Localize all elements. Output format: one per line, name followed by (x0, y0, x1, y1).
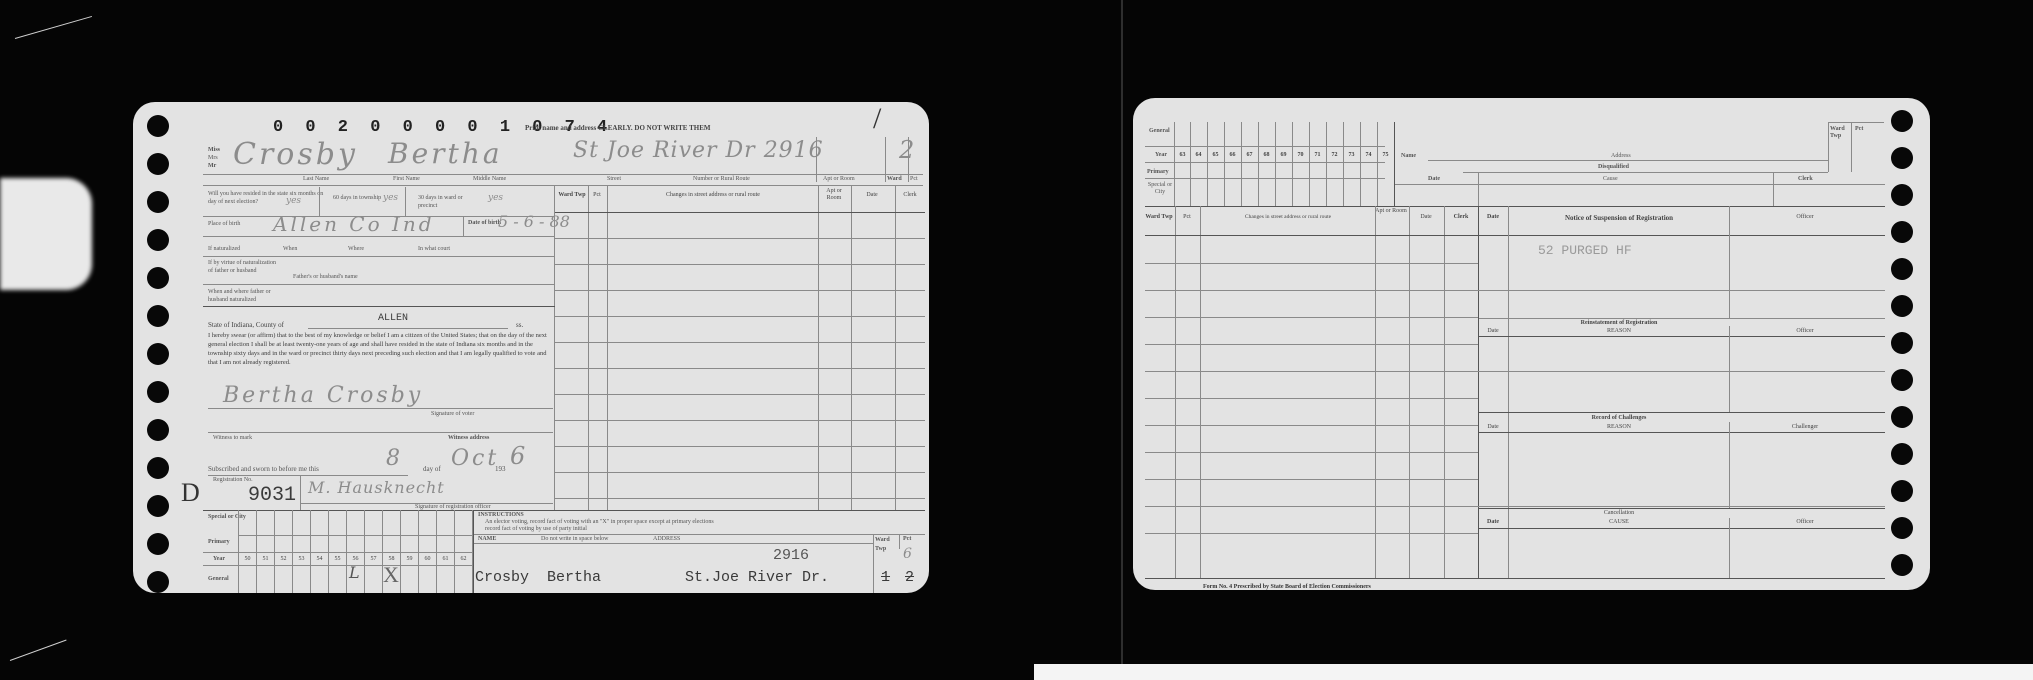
film-scratch (10, 640, 67, 661)
q-resided-state: Will you have resided in the state six m… (208, 190, 328, 206)
film-scratch (15, 16, 92, 39)
row-primary: Primary (1147, 169, 1169, 175)
disqualified-title: Disqualified (1598, 164, 1629, 170)
label-pct-bottom: Pct (903, 536, 911, 542)
ward-handwritten-bottom: 6 (903, 547, 915, 561)
frame-edge-strip (1034, 664, 2033, 680)
title-miss: Miss (208, 147, 220, 153)
year-70: 70 (1293, 152, 1308, 158)
instructions-text-1: An elector voting, record fact of voting… (485, 519, 714, 525)
year-63: 63 (1175, 152, 1190, 158)
year-62: 62 (455, 556, 472, 562)
year-61: 61 (437, 556, 454, 562)
header-challenger: Challenger (1730, 424, 1880, 430)
header-ward-twp: Ward Twp (557, 192, 587, 198)
label-number: Number or Rural Route (693, 176, 750, 182)
row-year: Year (1155, 152, 1167, 158)
label-clerk: Clerk (1798, 176, 1813, 182)
year-55: 55 (329, 556, 346, 562)
year-69: 69 (1276, 152, 1291, 158)
month-handwritten: Oct (451, 448, 499, 470)
first-name-handwritten: Bertha (388, 140, 503, 168)
year-75: 75 (1378, 152, 1393, 158)
row-general: General (1149, 128, 1170, 134)
header-officer: Officer (1730, 328, 1880, 334)
instructions-text-2: record fact of voting by use of party in… (485, 526, 587, 532)
label-place-of-birth: Place of birth (208, 220, 248, 228)
title-mr: Mr (208, 163, 216, 169)
house-number: 2916 (773, 548, 809, 563)
header-reason: REASON (1509, 424, 1729, 430)
street-handwritten: St Joe River Dr 2916 (573, 140, 824, 162)
year-54: 54 (311, 556, 328, 562)
vote-mark-58: X (383, 564, 399, 586)
header-officer: Officer (1730, 519, 1880, 525)
year-64: 64 (1191, 152, 1206, 158)
label-when-where: When and where father or husband natural… (208, 288, 278, 304)
year-handwritten: 6 (510, 444, 528, 468)
row-special-city: Special or City (1147, 182, 1173, 196)
header-changes: Changes in street address or rural route (608, 192, 818, 198)
label-ward-twp: Ward Twp (875, 536, 897, 554)
label-by-virtue: If by virtue of naturalization of father… (208, 259, 278, 275)
header-date: Date (851, 192, 893, 198)
header-clerk: Clerk (1444, 214, 1478, 220)
corner-checkmark: / (873, 104, 881, 134)
year-56: 56 (347, 556, 364, 562)
label-ward-twp: Ward Twp (1830, 126, 1848, 140)
year-59: 59 (401, 556, 418, 562)
label-where: Where (348, 246, 364, 252)
label-signature-voter: Signature of voter (431, 411, 474, 417)
label-cause: Cause (1603, 176, 1618, 182)
form-footer: Form No. 4 Prescribed by State Board of … (1203, 584, 1371, 590)
label-when: When (283, 246, 297, 252)
title-mrs: Mrs (208, 155, 218, 161)
reinstatement-title: Reinstatement of Registration (1509, 320, 1729, 326)
label-do-not-write: Do not write in space below (541, 536, 608, 542)
label-father-name: Father's or husband's name (293, 274, 358, 280)
ward-value: 1 (881, 570, 890, 585)
last-name-handwritten: Crosby (233, 140, 358, 170)
frame-divider (1121, 0, 1123, 664)
year-60: 60 (419, 556, 436, 562)
typed-address: St.Joe River Dr. (685, 570, 829, 585)
oath-text: I hereby swear (or affirm) that to the b… (208, 331, 548, 367)
header-reason: REASON (1509, 328, 1729, 334)
label-ward: Ward (887, 176, 902, 182)
label-date: Date (1428, 176, 1440, 182)
year-65: 65 (1208, 152, 1223, 158)
header-date: Date (1479, 424, 1507, 430)
header-apt-room: Apt or Room (819, 188, 849, 202)
header-pct: Pct (588, 192, 606, 198)
label-street: Street (607, 176, 621, 182)
day-handwritten: 8 (386, 448, 403, 470)
date-of-birth-handwritten: 5 - 6 - 88 (498, 214, 570, 230)
label-day-of: day of (423, 466, 441, 473)
voter-registration-card-back: General Year Primary Special or City 63 … (1133, 98, 1930, 590)
cancellation-title: Cancellation (1509, 510, 1729, 516)
label-subscribed: Subscribed and sworn to before me this (208, 466, 319, 473)
label-if-naturalized: If naturalized (208, 246, 240, 252)
header-date: Date (1479, 328, 1507, 334)
header-changes: Changes in street address or rural route (1201, 214, 1375, 220)
year-67: 67 (1242, 152, 1257, 158)
label-last-name: Last Name (303, 176, 329, 182)
voter-registration-card-front: 0 0 2 0 0 0 0 1 0 7 4 Print name and add… (133, 102, 929, 593)
instructions-title: INSTRUCTIONS (478, 512, 524, 518)
label-year-prefix: 193 (495, 466, 506, 473)
header-pct: Pct (1175, 214, 1199, 220)
header-apt-room: Apt or Room (1375, 208, 1407, 215)
place-of-birth-handwritten: Allen Co Ind (273, 214, 435, 234)
typed-name: Crosby Bertha (475, 570, 601, 585)
a-ward: yes (488, 194, 503, 203)
row-year: Year (213, 556, 225, 562)
row-special-city: Special or City (208, 514, 246, 520)
year-72: 72 (1327, 152, 1342, 158)
label-apt: Apt or Room (823, 176, 855, 182)
a-resided-state: yes (286, 197, 301, 206)
row-general: General (208, 576, 229, 582)
year-68: 68 (1259, 152, 1274, 158)
year-51: 51 (257, 556, 274, 562)
a-township: yes (383, 194, 398, 203)
label-ss: ss. (516, 322, 523, 329)
year-71: 71 (1310, 152, 1325, 158)
header-officer: Officer (1730, 214, 1880, 220)
header-notice-suspension: Notice of Suspension of Registration (1509, 214, 1729, 222)
q-ward: 30 days in ward or precinct (418, 194, 483, 210)
header-date: Date (1479, 214, 1507, 220)
label-pct: Pct (1855, 126, 1863, 132)
registration-number: 9031 (248, 486, 296, 506)
out-of-focus-tab (0, 178, 92, 290)
label-name: NAME (478, 536, 496, 542)
purged-stamp: 52 PURGED HF (1538, 244, 1632, 257)
year-52: 52 (275, 556, 292, 562)
county-value: ALLEN (378, 314, 408, 324)
challenges-title: Record of Challenges (1509, 415, 1729, 421)
label-first-name: First Name (393, 176, 420, 182)
header-clerk: Clerk (895, 192, 925, 198)
officer-signature-handwritten: M. Hausknecht (308, 480, 445, 496)
pct-value: 2 (905, 570, 914, 585)
year-57: 57 (365, 556, 382, 562)
year-50: 50 (239, 556, 256, 562)
label-name: Name (1401, 153, 1416, 159)
year-73: 73 (1344, 152, 1359, 158)
year-74: 74 (1361, 152, 1376, 158)
vote-mark-56: L (349, 565, 363, 581)
label-middle-name: Middle Name (473, 176, 506, 182)
q-township: 60 days in township (333, 194, 383, 202)
registration-letter: D (181, 480, 200, 506)
header-cause: CAUSE (1509, 519, 1729, 525)
voter-signature-handwritten: Bertha Crosby (223, 385, 423, 407)
label-address: Address (1611, 153, 1631, 159)
row-primary: Primary (208, 539, 230, 545)
label-address: ADDRESS (653, 536, 680, 542)
header-date: Date (1479, 519, 1507, 525)
year-66: 66 (1225, 152, 1240, 158)
label-in-what-court: In what court (418, 246, 450, 252)
header-date: Date (1409, 214, 1443, 220)
label-registration-no: Registration No. (213, 477, 253, 483)
label-state-county: State of Indiana, County of (208, 322, 284, 329)
label-pct: Pct (910, 176, 918, 182)
year-53: 53 (293, 556, 310, 562)
label-witness-mark: Witness to mark (213, 435, 252, 441)
label-witness-address: Witness address (448, 435, 489, 441)
header-ward-twp: Ward Twp (1145, 214, 1173, 221)
header-instruction: Print name and address CLEARLY. DO NOT W… (525, 125, 710, 132)
